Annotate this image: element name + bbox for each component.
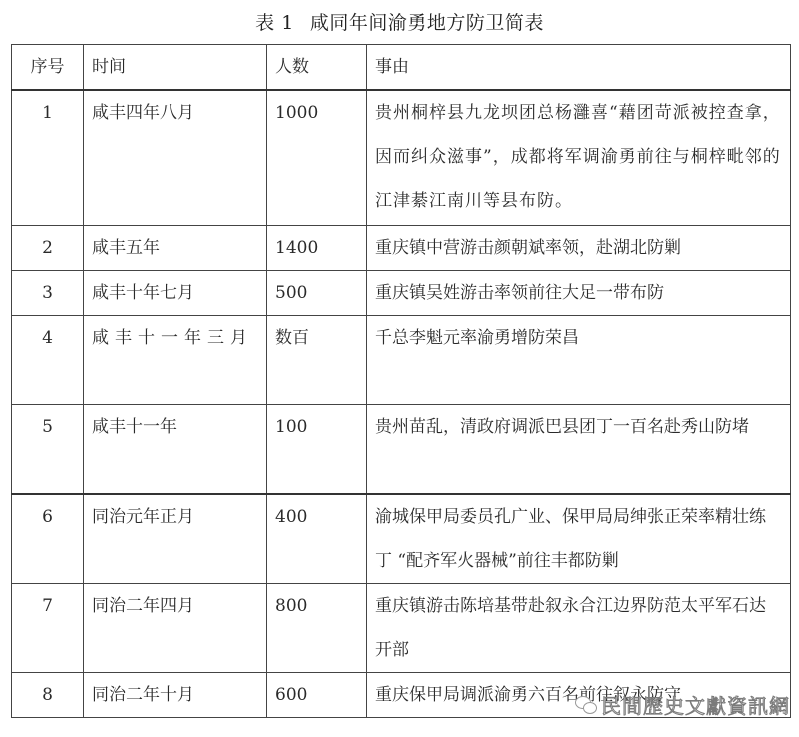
cell-reason: 贵州桐梓县九龙坝团总杨灉喜“藉团苛派被控查拿，因而纠众滋事”，成都将军调渝勇前往… <box>367 90 791 226</box>
cell-count: 400 <box>267 494 367 584</box>
cell-time: 咸丰十一年 <box>84 405 267 495</box>
header-reason: 事由 <box>367 45 791 91</box>
cell-time: 同治二年十月 <box>84 673 267 718</box>
header-no: 序号 <box>12 45 84 91</box>
header-count: 人数 <box>267 45 367 91</box>
table-caption: 表 1咸同年间渝勇地方防卫简表 <box>0 8 799 35</box>
table-row: 3 咸丰十年七月 500 重庆镇吴姓游击率领前往大足一带布防 <box>12 271 791 316</box>
cell-time: 咸丰五年 <box>84 226 267 271</box>
table-number: 表 1 <box>255 12 294 34</box>
table-title: 咸同年间渝勇地方防卫简表 <box>310 12 544 34</box>
table-row: 1 咸丰四年八月 1000 贵州桐梓县九龙坝团总杨灉喜“藉团苛派被控查拿，因而纠… <box>12 90 791 226</box>
table-header-row: 序号 时间 人数 事由 <box>12 45 791 91</box>
cell-reason: 重庆镇游击陈培基带赴叙永合江边界防范太平军石达开部 <box>367 584 791 673</box>
cell-reason: 重庆镇吴姓游击率领前往大足一带布防 <box>367 271 791 316</box>
wechat-icon <box>575 696 597 714</box>
cell-no: 4 <box>12 316 84 405</box>
cell-count: 500 <box>267 271 367 316</box>
cell-reason: 渝城保甲局委员孔广业、保甲局局绅张正荣率精壮练丁 “配齐军火器械”前往丰都防剿 <box>367 494 791 584</box>
cell-count: 数百 <box>267 316 367 405</box>
cell-time: 咸丰十年七月 <box>84 271 267 316</box>
table-row: 7 同治二年四月 800 重庆镇游击陈培基带赴叙永合江边界防范太平军石达开部 <box>12 584 791 673</box>
cell-count: 100 <box>267 405 367 495</box>
cell-time: 同治二年四月 <box>84 584 267 673</box>
cell-count: 1000 <box>267 90 367 226</box>
cell-time: 同治元年正月 <box>84 494 267 584</box>
table-row: 2 咸丰五年 1400 重庆镇中营游击颜朝斌率领，赴湖北防剿 <box>12 226 791 271</box>
cell-reason: 重庆镇中营游击颜朝斌率领，赴湖北防剿 <box>367 226 791 271</box>
defense-table: 序号 时间 人数 事由 1 咸丰四年八月 1000 贵州桐梓县九龙坝团总杨灉喜“… <box>11 44 791 718</box>
cell-no: 5 <box>12 405 84 495</box>
cell-count: 600 <box>267 673 367 718</box>
cell-no: 7 <box>12 584 84 673</box>
cell-no: 2 <box>12 226 84 271</box>
table-row: 4 咸丰十一年三月 数百 千总李魁元率渝勇增防荣昌 <box>12 316 791 405</box>
table-row: 5 咸丰十一年 100 贵州苗乱，清政府调派巴县团丁一百名赴秀山防堵 <box>12 405 791 495</box>
cell-time: 咸丰四年八月 <box>84 90 267 226</box>
header-time: 时间 <box>84 45 267 91</box>
watermark-text: 民間歷史文獻資訊網 <box>601 690 790 719</box>
cell-count: 800 <box>267 584 367 673</box>
cell-time: 咸丰十一年三月 <box>84 316 267 405</box>
cell-no: 3 <box>12 271 84 316</box>
cell-no: 6 <box>12 494 84 584</box>
cell-no: 8 <box>12 673 84 718</box>
cell-no: 1 <box>12 90 84 226</box>
cell-reason: 贵州苗乱，清政府调派巴县团丁一百名赴秀山防堵 <box>367 405 791 495</box>
cell-reason: 千总李魁元率渝勇增防荣昌 <box>367 316 791 405</box>
table-row: 6 同治元年正月 400 渝城保甲局委员孔广业、保甲局局绅张正荣率精壮练丁 “配… <box>12 494 791 584</box>
cell-count: 1400 <box>267 226 367 271</box>
watermark: 民間歷史文獻資訊網 <box>575 690 790 719</box>
